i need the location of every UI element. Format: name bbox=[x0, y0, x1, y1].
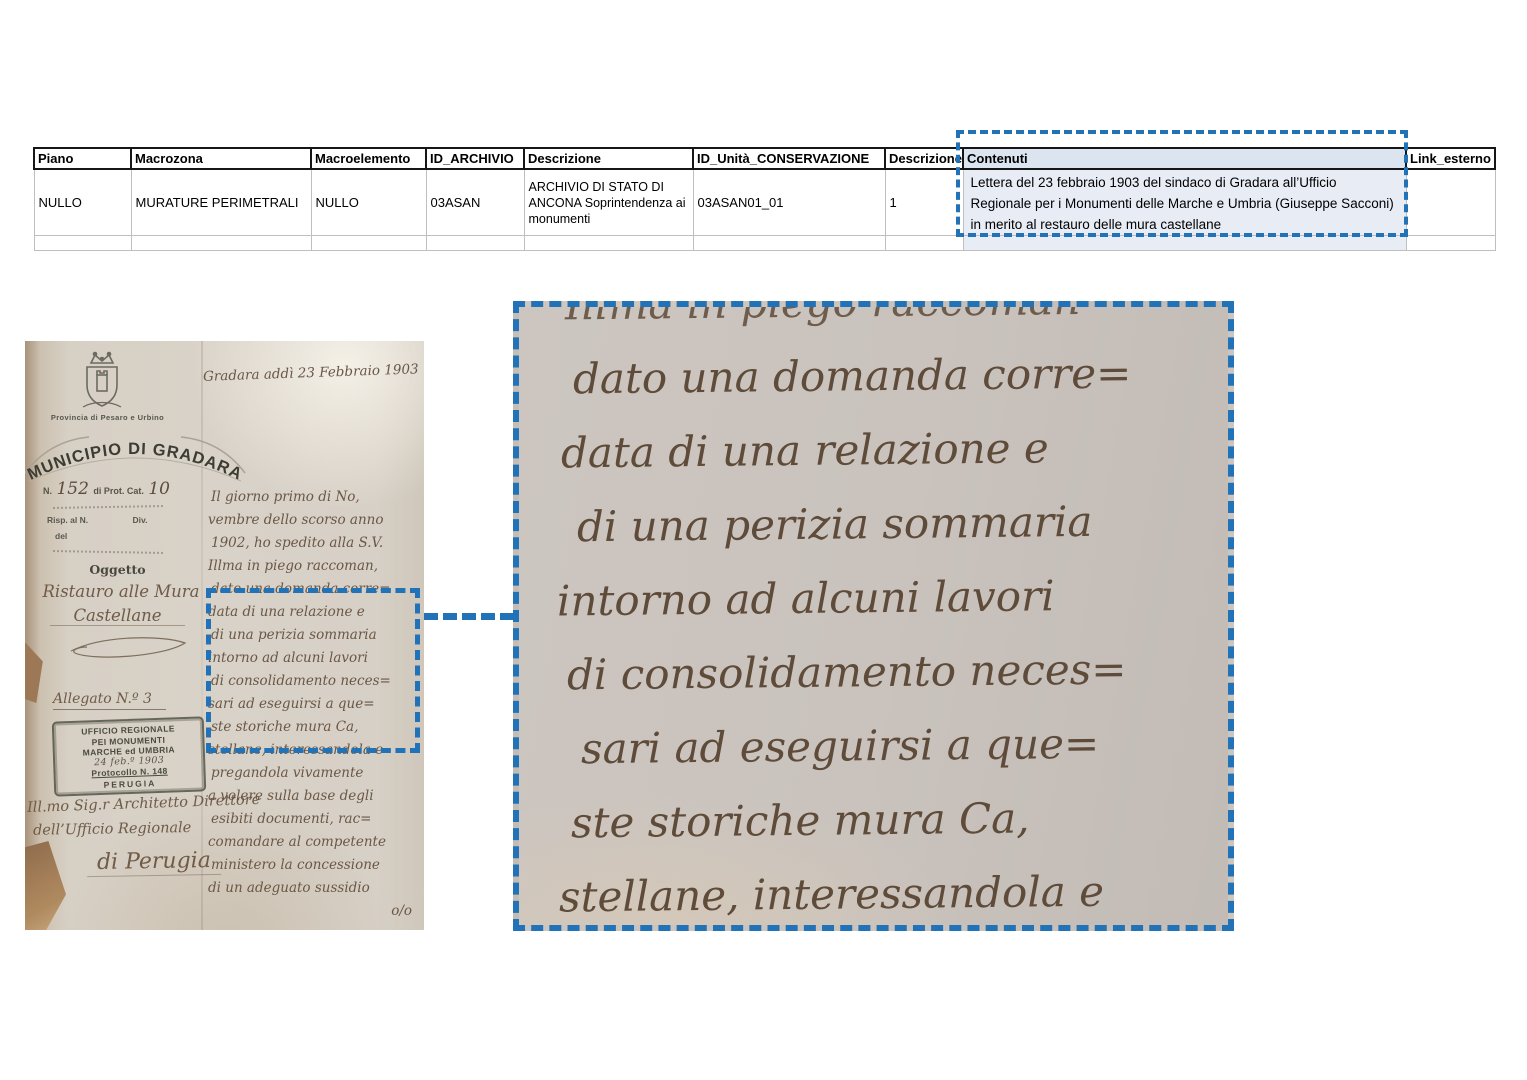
header-descrizione-2: Descrizione bbox=[885, 148, 963, 169]
div-label: Div. bbox=[132, 515, 147, 525]
risp-line: Risp. al N. Div. bbox=[47, 515, 147, 525]
risp-label: Risp. al N. bbox=[47, 515, 88, 525]
protocol-number: 152 bbox=[56, 479, 88, 499]
header-id-unita-conservazione: ID_Unità_CONSERVAZIONE bbox=[693, 148, 885, 169]
letter-highlight-box bbox=[206, 588, 420, 753]
cell-link-esterno bbox=[1406, 169, 1495, 236]
address-line-2: dell’Ufficio Regionale bbox=[33, 819, 233, 838]
cell-macroelemento: NULLO bbox=[311, 169, 426, 236]
province-line: Provincia di Pesaro e Urbino bbox=[25, 413, 190, 422]
header-link-esterno: Link_esterno bbox=[1406, 148, 1495, 169]
header-macrozona: Macrozona bbox=[131, 148, 311, 169]
oggetto-label: Oggetto bbox=[25, 562, 210, 577]
zoom-connector-line bbox=[424, 613, 514, 620]
paper-tear-bottom-left bbox=[25, 841, 66, 930]
cell-piano: NULLO bbox=[34, 169, 131, 236]
paper-tear-left bbox=[25, 639, 48, 703]
oggetto-text-line1: Ristauro alle Mura bbox=[25, 582, 221, 601]
header-descrizione: Descrizione bbox=[524, 148, 693, 169]
cell-descrizione: ARCHIVIO DI STATO DI ANCONA Soprintenden… bbox=[524, 169, 693, 236]
protocol-n-label: N. bbox=[43, 486, 52, 496]
cell-id-archivio: 03ASAN bbox=[426, 169, 524, 236]
manuscript-zoom-crop: Illma in piego raccoman= dato una domand… bbox=[513, 301, 1234, 931]
letter-date-line: Gradara addì 23 Febbraio 1903 bbox=[203, 361, 423, 385]
cell-macrozona: MURATURE PERIMETRALI bbox=[131, 169, 311, 236]
allegato-line: Allegato N.º 3 bbox=[53, 691, 166, 710]
cell-id-unita-conservazione: 03ASAN01_01 bbox=[693, 169, 885, 236]
protocol-mid-label: di Prot. Cat. bbox=[93, 486, 144, 496]
address-line-3: di Perugia bbox=[87, 848, 221, 877]
contenuti-highlight-box bbox=[956, 130, 1408, 237]
header-piano: Piano bbox=[34, 148, 131, 169]
flourish-divider bbox=[53, 505, 163, 509]
flourish-swirl bbox=[63, 633, 193, 665]
flourish-divider-2 bbox=[53, 550, 163, 554]
svg-text:MUNICIPIO DI GRADARA: MUNICIPIO DI GRADARA bbox=[25, 440, 245, 484]
header-id-archivio: ID_ARCHIVIO bbox=[426, 148, 524, 169]
manuscript-text: Illma in piego raccoman= dato una domand… bbox=[519, 301, 1228, 931]
table-empty-row bbox=[34, 236, 1495, 251]
slide-page: Piano Macrozona Macroelemento ID_ARCHIVI… bbox=[0, 0, 1527, 1080]
ufficio-regionale-stamp: UFFICIO REGIONALE PEI MONUMENTI MARCHE e… bbox=[52, 716, 207, 796]
municipality-title: MUNICIPIO DI GRADARA bbox=[25, 440, 245, 484]
cell-descrizione-2: 1 bbox=[885, 169, 963, 236]
del-line: del bbox=[55, 531, 67, 541]
header-macroelemento: Macroelemento bbox=[311, 148, 426, 169]
protocol-line: N. 152 di Prot. Cat. 10 bbox=[43, 479, 203, 500]
oggetto-text-line2: Castellane bbox=[50, 606, 185, 626]
protocol-cat-number: 10 bbox=[148, 479, 170, 499]
municipal-crest-icon bbox=[71, 349, 133, 411]
